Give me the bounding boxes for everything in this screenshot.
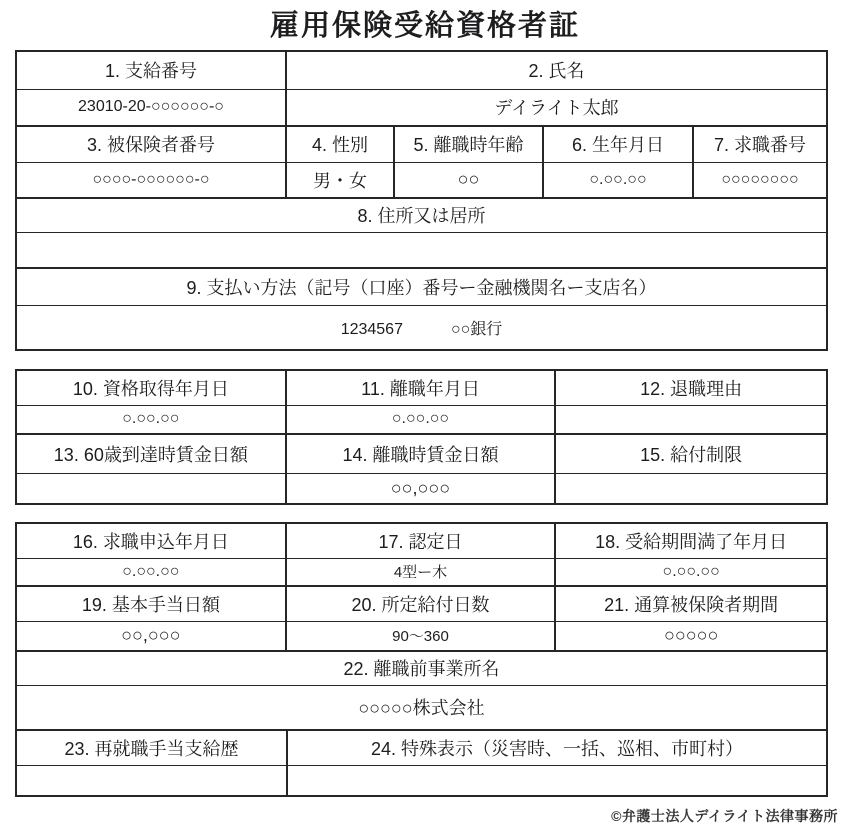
value-birth-date: ○.○○.○○ (544, 163, 694, 197)
value-job-seeker-number: ○○○○○○○○ (694, 163, 826, 197)
label-benefit-period-expiry: 18. 受給期間満了年月日 (556, 524, 826, 558)
label-birth-date: 6. 生年月日 (544, 127, 694, 162)
value-qualification-date: ○.○○.○○ (17, 406, 287, 433)
label-insured-number: 3. 被保険者番号 (17, 127, 287, 162)
label-retirement-reason: 12. 退職理由 (556, 371, 826, 405)
value-name: デイライト太郎 (287, 90, 826, 125)
table-qualification-info: 10. 資格取得年月日 11. 離職年月日 12. 退職理由 ○.○○.○○ ○… (15, 369, 828, 505)
section-application-certification: 16. 求職申込年月日 17. 認定日 18. 受給期間満了年月日 ○.○○.○… (17, 524, 826, 587)
value-benefit-restriction (556, 474, 826, 503)
section-reemployment-special: 23. 再就職手当支給歴 24. 特殊表示（災害時、一括、巡相、市町村） (17, 731, 826, 795)
label-wage-at-separation: 14. 離職時賃金日額 (287, 435, 557, 473)
section-insured-details: 3. 被保険者番号 4. 性別 5. 離職時年齢 6. 生年月日 7. 求職番号… (17, 127, 826, 199)
label-benefit-days: 20. 所定給付日数 (287, 587, 557, 621)
label-job-application-date: 16. 求職申込年月日 (17, 524, 287, 558)
label-age-at-separation: 5. 離職時年齢 (395, 127, 544, 162)
label-payment-number: 1. 支給番号 (17, 52, 287, 89)
value-former-employer: ○○○○○株式会社 (17, 686, 826, 729)
label-gender: 4. 性別 (287, 127, 395, 162)
section-payment-method: 9. 支払い方法（記号（口座）番号ー金融機関名ー支店名） 1234567 ○○銀… (17, 269, 826, 349)
label-basic-allowance: 19. 基本手当日額 (17, 587, 287, 621)
section-former-employer: 22. 離職前事業所名 ○○○○○株式会社 (17, 652, 826, 731)
table-benefit-info: 16. 求職申込年月日 17. 認定日 18. 受給期間満了年月日 ○.○○.○… (15, 522, 828, 797)
label-insured-period: 21. 通算被保険者期間 (556, 587, 826, 621)
value-benefit-days: 90～360 (287, 622, 557, 650)
label-reemployment-allowance-history: 23. 再就職手当支給歴 (17, 731, 288, 765)
value-gender: 男・女 (287, 163, 395, 197)
value-wage-at-60 (17, 474, 287, 503)
label-benefit-restriction: 15. 給付制限 (556, 435, 826, 473)
document-title: 雇用保険受給資格者証 (0, 0, 850, 44)
value-reemployment-allowance-history (17, 766, 288, 795)
label-payment-method: 9. 支払い方法（記号（口座）番号ー金融機関名ー支店名） (17, 269, 826, 305)
value-job-application-date: ○.○○.○○ (17, 559, 287, 585)
label-address: 8. 住所又は居所 (17, 199, 826, 232)
table-personal-info: 1. 支給番号 2. 氏名 23010-20-○○○○○○-○ デイライト太郎 … (15, 50, 828, 351)
value-payment-number: 23010-20-○○○○○○-○ (17, 90, 287, 125)
section-wages-restriction: 13. 60歳到達時賃金日額 14. 離職時賃金日額 15. 給付制限 ○○,○… (17, 435, 826, 503)
value-basic-allowance: ○○,○○○ (17, 622, 287, 650)
value-insured-period: ○○○○○ (556, 622, 826, 650)
value-retirement-reason (556, 406, 826, 433)
value-wage-at-separation: ○○,○○○ (287, 474, 557, 503)
copyright-notice: ©弁護士法人デイライト法律事務所 (0, 806, 838, 826)
label-former-employer: 22. 離職前事業所名 (17, 652, 826, 685)
employment-insurance-certificate: 雇用保険受給資格者証 1. 支給番号 2. 氏名 23010-20-○○○○○○… (0, 0, 850, 833)
section-dates-reason: 10. 資格取得年月日 11. 離職年月日 12. 退職理由 ○.○○.○○ ○… (17, 371, 826, 435)
label-special-indication: 24. 特殊表示（災害時、一括、巡相、市町村） (288, 731, 826, 765)
label-wage-at-60: 13. 60歳到達時賃金日額 (17, 435, 287, 473)
label-qualification-date: 10. 資格取得年月日 (17, 371, 287, 405)
section-payment-number-name: 1. 支給番号 2. 氏名 23010-20-○○○○○○-○ デイライト太郎 (17, 52, 826, 127)
label-name: 2. 氏名 (287, 52, 826, 89)
value-payment-method: 1234567 ○○銀行 (17, 306, 826, 349)
value-certification-day: 4型ー木 (287, 559, 557, 585)
value-insured-number: ○○○○-○○○○○○-○ (17, 163, 287, 197)
value-special-indication (288, 766, 826, 795)
value-age-at-separation: ○○ (395, 163, 544, 197)
section-address: 8. 住所又は居所 (17, 199, 826, 269)
value-separation-date: ○.○○.○○ (287, 406, 557, 433)
section-allowance-days-period: 19. 基本手当日額 20. 所定給付日数 21. 通算被保険者期間 ○○,○○… (17, 587, 826, 652)
value-address (17, 233, 826, 267)
label-job-seeker-number: 7. 求職番号 (694, 127, 826, 162)
value-benefit-period-expiry: ○.○○.○○ (556, 559, 826, 585)
label-separation-date: 11. 離職年月日 (287, 371, 557, 405)
label-certification-day: 17. 認定日 (287, 524, 557, 558)
